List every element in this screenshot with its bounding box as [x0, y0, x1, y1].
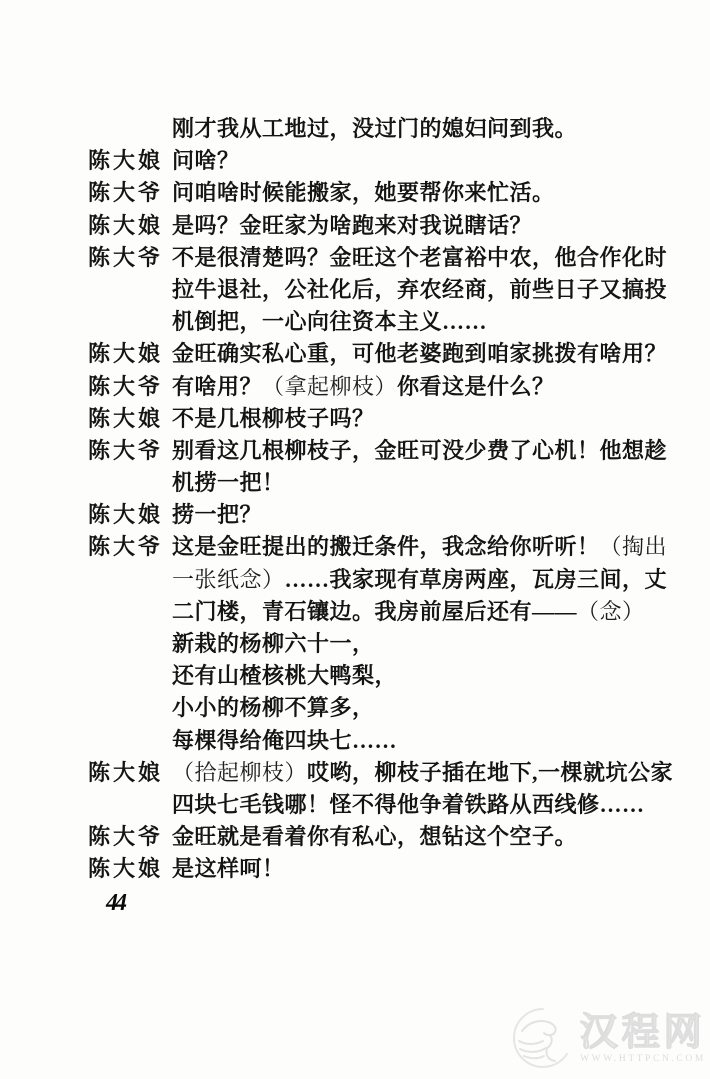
- dialogue-text: 机捞一把！: [172, 467, 285, 499]
- dialogue-segment: 每棵得给俺四块七……: [172, 728, 397, 753]
- script-line: 陈大爷 这是金旺提出的搬迁条件，我念给你听听！（掏出: [88, 531, 680, 563]
- dialogue-segment: 问咱啥时候能搬家，她要帮你来忙活。: [172, 180, 555, 205]
- dialogue-segment: 捞一把？: [172, 502, 262, 527]
- script-line: 新栽的杨柳六十一，: [88, 628, 680, 660]
- dialogue-segment: 金旺就是看着你有私心，想钻这个空子。: [172, 824, 577, 849]
- speaker-name: 陈大娘: [88, 403, 172, 435]
- dialogue-text: 一张纸念）……我家现有草房两座，瓦房三间，丈: [172, 564, 667, 596]
- script-line: 陈大娘 是这样呵！: [88, 853, 680, 885]
- speaker-name: 陈大娘: [88, 853, 172, 885]
- dialogue-text: 金旺就是看着你有私心，想钻这个空子。: [172, 821, 577, 853]
- dialogue-text: 是这样呵！: [172, 853, 285, 885]
- script-line: 刚才我从工地过，没过门的媳妇问到我。: [88, 113, 680, 145]
- script-line: 拉牛退社，公社化后，弃农经商，前些日子又搞投: [88, 274, 680, 306]
- watermark: 汉程网 WWW.HTTPCN.COM: [510, 1005, 706, 1071]
- speaker-name: 陈大爷: [88, 821, 172, 853]
- speaker-name: 陈大爷: [88, 177, 172, 209]
- watermark-text: 汉程网 WWW.HTTPCN.COM: [580, 1013, 706, 1064]
- dialogue-segment: 小小的杨柳不算多，: [172, 695, 375, 720]
- script-line: 陈大爷 问咱啥时候能搬家，她要帮你来忙活。: [88, 177, 680, 209]
- dialogue-segment: 别看这几根柳枝子，金旺可没少费了心机！他想趁: [172, 438, 667, 463]
- speaker-name: 陈大娘: [88, 210, 172, 242]
- dialogue-segment: 这是金旺提出的搬迁条件，我念给你听听！: [172, 534, 600, 559]
- book-page: 刚才我从工地过，没过门的媳妇问到我。 陈大娘 问啥？ 陈大爷 问咱啥时候能搬家，…: [0, 0, 710, 1079]
- script-line: 陈大爷 有啥用？（拿起柳枝）你看这是什么？: [88, 371, 680, 403]
- script-line: 陈大娘 捞一把？: [88, 499, 680, 531]
- script-line: 机捞一把！: [88, 467, 680, 499]
- speaker-name: 陈大娘: [88, 757, 172, 789]
- dialogue-segment: 是这样呵！: [172, 856, 285, 881]
- dialogue-text: 不是很清楚吗？金旺这个老富裕中农，他合作化时: [172, 242, 667, 274]
- dialogue-text: 小小的杨柳不算多，: [172, 692, 375, 724]
- script-line: 一张纸念）……我家现有草房两座，瓦房三间，丈: [88, 564, 680, 596]
- dialogue-segment: ……我家现有草房两座，瓦房三间，丈: [285, 567, 668, 592]
- dialogue-segment: 二门楼，青石镶边。我房前屋后还有——: [172, 599, 577, 624]
- dialogue-segment: 拉牛退社，公社化后，弃农经商，前些日子又搞投: [172, 277, 667, 302]
- script-line: 陈大娘 不是几根柳枝子吗？: [88, 403, 680, 435]
- dialogue-text: 是吗？金旺家为啥跑来对我说瞎话？: [172, 210, 532, 242]
- dialogue-text: 金旺确实私心重，可他老婆跑到咱家挑拨有啥用？: [172, 338, 667, 370]
- dialogue-text: 捞一把？: [172, 499, 262, 531]
- dialogue-segment: 有啥用？: [172, 374, 262, 399]
- dialogue-segment: 还有山楂核桃大鸭梨，: [172, 663, 397, 688]
- dialogue-text: 问咱啥时候能搬家，她要帮你来忙活。: [172, 177, 555, 209]
- stage-direction: （拿起柳枝）: [262, 374, 397, 399]
- dialogue-segment: 四块七毛钱哪！怪不得他争着铁路从西线修……: [172, 792, 645, 817]
- script-line: 陈大娘 问啥？: [88, 145, 680, 177]
- stage-direction: 一张纸念）: [172, 567, 285, 592]
- page-number: 44: [106, 890, 124, 917]
- dialogue-text: 二门楼，青石镶边。我房前屋后还有——（念）: [172, 596, 645, 628]
- dialogue-segment: 金旺确实私心重，可他老婆跑到咱家挑拨有啥用？: [172, 341, 667, 366]
- dialogue-text: 不是几根柳枝子吗？: [172, 403, 375, 435]
- dialogue-text: 拉牛退社，公社化后，弃农经商，前些日子又搞投: [172, 274, 667, 306]
- stage-direction: （掏出: [600, 534, 668, 559]
- dialogue-segment: 机捞一把！: [172, 470, 285, 495]
- dialogue-text: 还有山楂核桃大鸭梨，: [172, 660, 397, 692]
- speaker-name: 陈大爷: [88, 242, 172, 274]
- dialogue-text: 问啥？: [172, 145, 240, 177]
- script-line: 陈大爷 金旺就是看着你有私心，想钻这个空子。: [88, 821, 680, 853]
- speaker-name: 陈大爷: [88, 531, 172, 563]
- script-line: 小小的杨柳不算多，: [88, 692, 680, 724]
- script-line: 二门楼，青石镶边。我房前屋后还有——（念）: [88, 596, 680, 628]
- stage-direction: （拾起柳枝）: [172, 760, 307, 785]
- dialogue-segment: 不是几根柳枝子吗？: [172, 406, 375, 431]
- script-line: 陈大娘 是吗？金旺家为啥跑来对我说瞎话？: [88, 210, 680, 242]
- script-line: 每棵得给俺四块七……: [88, 725, 680, 757]
- speaker-name: 陈大娘: [88, 145, 172, 177]
- dialogue-segment: 是吗？金旺家为啥跑来对我说瞎话？: [172, 213, 532, 238]
- speaker-name: 陈大爷: [88, 435, 172, 467]
- dialogue-segment: 刚才我从工地过，没过门的媳妇问到我。: [172, 116, 577, 141]
- speaker-name: 陈大娘: [88, 338, 172, 370]
- dialogue-segment: 问啥？: [172, 148, 240, 173]
- watermark-logo-icon: [510, 1005, 576, 1071]
- dialogue-text: 四块七毛钱哪！怪不得他争着铁路从西线修……: [172, 789, 645, 821]
- dialogue-segment: 哎哟，柳枝子插在地下,一棵就坑公家: [307, 760, 673, 785]
- script-line: 陈大娘 （拾起柳枝）哎哟，柳枝子插在地下,一棵就坑公家: [88, 757, 680, 789]
- dialogue-segment: 你看这是什么？: [397, 374, 555, 399]
- dialogue-text: （拾起柳枝）哎哟，柳枝子插在地下,一棵就坑公家: [172, 757, 673, 789]
- dialogue-text: 别看这几根柳枝子，金旺可没少费了心机！他想趁: [172, 435, 667, 467]
- stage-direction: （念）: [577, 599, 645, 624]
- dialogue-segment: 不是很清楚吗？金旺这个老富裕中农，他合作化时: [172, 245, 667, 270]
- dialogue-text: 机倒把，一心向往资本主义……: [172, 306, 487, 338]
- dialogue-segment: 新栽的杨柳六十一，: [172, 631, 375, 656]
- script-line: 四块七毛钱哪！怪不得他争着铁路从西线修……: [88, 789, 680, 821]
- dialogue-text: 刚才我从工地过，没过门的媳妇问到我。: [172, 113, 577, 145]
- dialogue-text: 这是金旺提出的搬迁条件，我念给你听听！（掏出: [172, 531, 667, 563]
- dialogue-text: 有啥用？（拿起柳枝）你看这是什么？: [172, 371, 555, 403]
- speaker-name: 陈大娘: [88, 499, 172, 531]
- script-line: 陈大娘 金旺确实私心重，可他老婆跑到咱家挑拨有啥用？: [88, 338, 680, 370]
- script-line: 机倒把，一心向往资本主义……: [88, 306, 680, 338]
- script-line: 陈大爷 别看这几根柳枝子，金旺可没少费了心机！他想趁: [88, 435, 680, 467]
- dialogue-segment: 机倒把，一心向往资本主义……: [172, 309, 487, 334]
- watermark-site-url: WWW.HTTPCN.COM: [580, 1054, 706, 1064]
- dialogue-text: 新栽的杨柳六十一，: [172, 628, 375, 660]
- script-line: 还有山楂核桃大鸭梨，: [88, 660, 680, 692]
- script-line: 陈大爷 不是很清楚吗？金旺这个老富裕中农，他合作化时: [88, 242, 680, 274]
- script-text-block: 刚才我从工地过，没过门的媳妇问到我。 陈大娘 问啥？ 陈大爷 问咱啥时候能搬家，…: [88, 113, 680, 886]
- speaker-name: 陈大爷: [88, 371, 172, 403]
- watermark-site-name: 汉程网: [580, 1013, 706, 1053]
- dialogue-text: 每棵得给俺四块七……: [172, 725, 397, 757]
